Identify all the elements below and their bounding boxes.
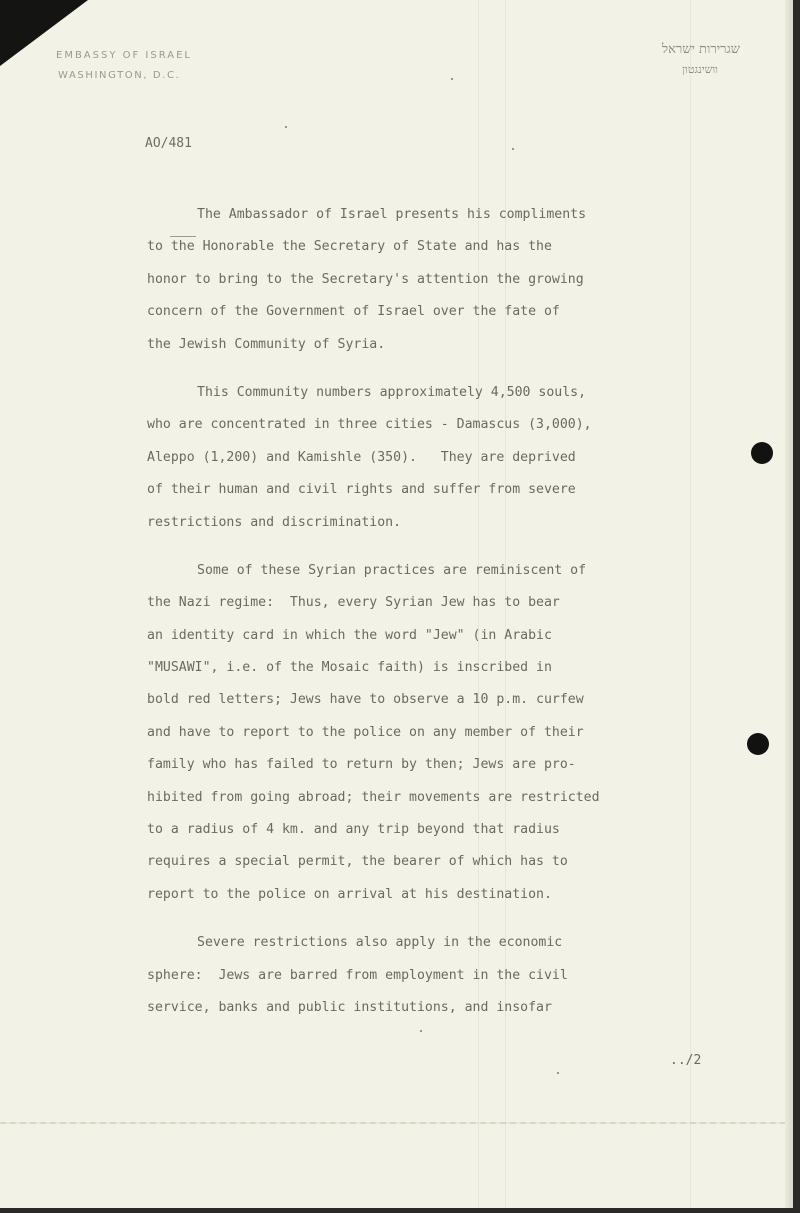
punch-hole: [747, 733, 769, 755]
text-line: family who has failed to return by then;…: [147, 754, 747, 786]
fold-line: [0, 1122, 793, 1124]
text-line: to a radius of 4 km. and any trip beyond…: [147, 819, 747, 851]
text-line: the Jewish Community of Syria.: [147, 334, 747, 366]
paragraph-2: This Community numbers approximately 4,5…: [147, 382, 747, 544]
speck: [451, 78, 453, 80]
text-line: requires a special permit, the bearer of…: [147, 851, 747, 883]
text-line: Severe restrictions also apply in the ec…: [147, 932, 747, 964]
text-line: bold red letters; Jews have to observe a…: [147, 689, 747, 721]
text-line: and have to report to the police on any …: [147, 722, 747, 754]
letterhead-english: EMBASSY OF ISRAEL WASHINGTON, D.C.: [40, 46, 192, 86]
letterhead-embassy-name: EMBASSY OF ISRAEL: [40, 46, 192, 66]
text-line: report to the police on arrival at his d…: [147, 884, 747, 916]
text-line: service, banks and public institutions, …: [147, 997, 747, 1029]
letterhead-hebrew-embassy-name: שגרירות ישראל: [590, 40, 740, 60]
letterhead-city: WASHINGTON, D.C.: [40, 66, 192, 86]
speck: [285, 126, 287, 128]
text-line: honor to bring to the Secretary's attent…: [147, 269, 747, 301]
page-edge: [785, 0, 793, 1208]
document-page: EMBASSY OF ISRAEL WASHINGTON, D.C. שגריר…: [0, 0, 793, 1208]
text-line: the Nazi regime: Thus, every Syrian Jew …: [147, 592, 747, 624]
letterhead-hebrew: שגרירות ישראל וושינגטון: [590, 40, 740, 80]
text-line: Some of these Syrian practices are remin…: [147, 560, 747, 592]
text-line: of their human and civil rights and suff…: [147, 479, 747, 511]
reference-number: AO/481: [145, 136, 192, 151]
text-line: Aleppo (1,200) and Kamishle (350). They …: [147, 447, 747, 479]
text-line: The Ambassador of Israel presents his co…: [147, 204, 747, 236]
text-line: hibited from going abroad; their movemen…: [147, 787, 747, 819]
text-line: "MUSAWI", i.e. of the Mosaic faith) is i…: [147, 657, 747, 689]
speck: [557, 1072, 559, 1074]
text-line: This Community numbers approximately 4,5…: [147, 382, 747, 414]
speck: [420, 1030, 422, 1032]
page-continuation-marker: ../2: [670, 1053, 701, 1068]
text-line: sphere: Jews are barred from employment …: [147, 965, 747, 997]
scan-border-right: [793, 0, 800, 1213]
text-line: an identity card in which the word "Jew"…: [147, 625, 747, 657]
text-line: to the Honorable the Secretary of State …: [147, 236, 747, 268]
text-line: concern of the Government of Israel over…: [147, 301, 747, 333]
scan-border-bottom: [0, 1208, 800, 1213]
punch-hole: [751, 442, 773, 464]
letterhead-hebrew-city: וושינגטון: [590, 60, 740, 80]
paragraph-4: Severe restrictions also apply in the ec…: [147, 932, 747, 1029]
text-line: who are concentrated in three cities - D…: [147, 414, 747, 446]
paragraph-1: The Ambassador of Israel presents his co…: [147, 204, 747, 366]
text-line: restrictions and discrimination.: [147, 512, 747, 544]
paragraph-3: Some of these Syrian practices are remin…: [147, 560, 747, 916]
letter-body: The Ambassador of Israel presents his co…: [147, 204, 747, 1045]
speck: [512, 148, 514, 150]
